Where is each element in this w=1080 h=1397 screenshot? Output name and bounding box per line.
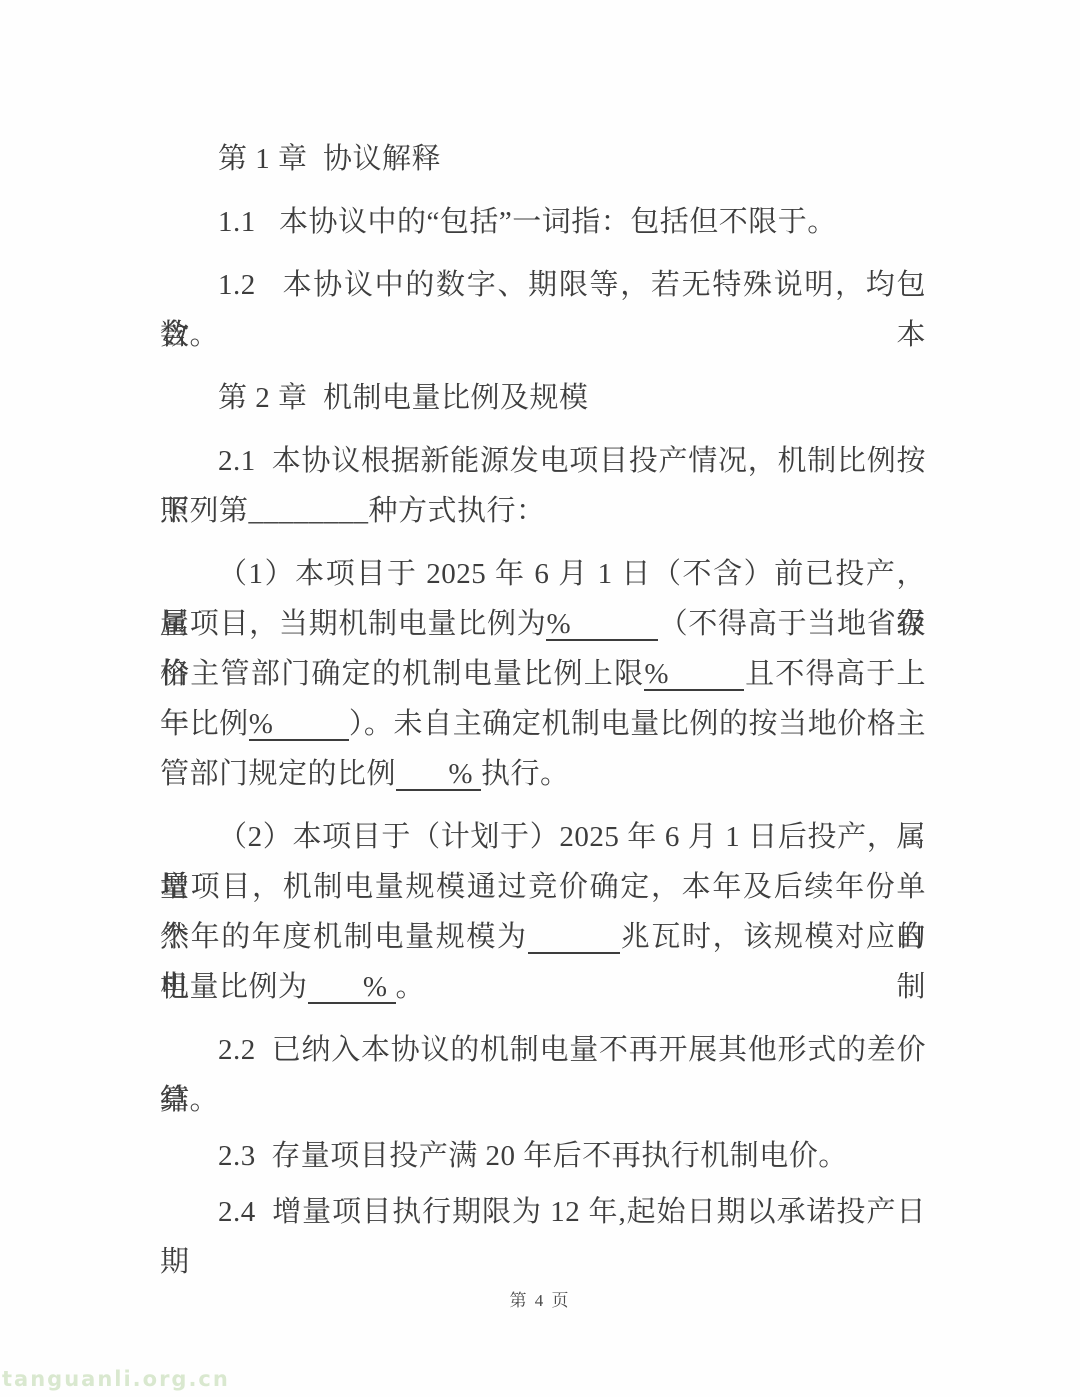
chapter-1-heading: 第 1 章 协议解释 [160,134,926,184]
item-1-line-5: 管部门规定的比例%执行。 [160,749,926,799]
text-segment: 管部门规定的比例 [160,758,396,790]
item-2-line-1: （2）本项目于（计划于）2025 年 6 月 1 日后投产，属增 [160,812,926,862]
document-page: 第 1 章 协议解释 1.1 本协议中的“包括”一词指：包括但不限于。 1.2 … [0,0,1080,1397]
chapter-2-heading: 第 2 章 机制电量比例及规模 [160,373,926,423]
item-2-line-3: 然年的年度机制电量规模为 兆瓦时，该规模对应的机制 [160,912,926,962]
item-1-line-2: 量项目，当期机制电量比例为%（不得高于当地省级价 [160,599,926,649]
text-segment: 2.4 增量项目执行期限为 12 年,起始日期以承诺投产日期 [160,1196,926,1278]
text-segment: 执行。 [481,758,570,790]
clause-2-4-line-1: 2.4 增量项目执行期限为 12 年,起始日期以承诺投产日期 [160,1187,926,1237]
text-segment: 。 [396,971,426,1003]
text-segment: 数。 [160,319,219,351]
clause-1-2-line-1: 1.2 本协议中的数字、期限等，若无特殊说明，均包含本 [160,260,926,310]
item-2-line-2: 量项目，机制电量规模通过竞价确定，本年及后续年份单个自 [160,862,926,912]
text-segment: 算。 [160,1084,219,1116]
text-segment: 1.1 本协议中的“包括”一词指：包括但不限于。 [218,206,837,238]
text-segment: 电量比例为 [160,971,308,1003]
clause-2-1-line-2: 下列第________种方式执行： [160,486,926,536]
fill-in-blank: % [396,759,481,791]
fill-in-blank: % [249,709,349,741]
clause-2-3: 2.3 存量项目投产满 20 年后不再执行机制电价。 [160,1131,926,1181]
document-body: 第 1 章 协议解释 1.1 本协议中的“包括”一词指：包括但不限于。 1.2 … [160,134,926,1237]
item-1-line-3: 格主管部门确定的机制电量比例上限%且不得高于上一 [160,649,926,699]
text-segment: 下列第________种方式执行： [160,495,546,527]
page-number: 第 4 页 [0,1286,1080,1311]
clause-1-1: 1.1 本协议中的“包括”一词指：包括但不限于。 [160,197,926,247]
watermark: tanguanli.org.cn [2,1367,230,1391]
fill-in-blank: % [308,972,396,1004]
clause-2-2-line-2: 算。 [160,1075,926,1125]
text-segment: 第 2 章 机制电量比例及规模 [218,382,589,414]
text-segment: ）。未自主确定机制电量比例的按当地价格主 [349,708,926,740]
item-1-line-4: 年比例%）。未自主确定机制电量比例的按当地价格主 [160,699,926,749]
text-segment: 第 1 章 协议解释 [218,143,441,175]
fill-in-blank [528,922,620,954]
item-1-line-1: （1）本项目于 2025 年 6 月 1 日（不含）前已投产，属存 [160,549,926,599]
text-segment: 1.2 本协议中的数字、期限等，若无特殊说明，均包含本 [160,269,926,351]
clause-2-1-line-1: 2.1 本协议根据新能源发电项目投产情况，机制比例按照 [160,436,926,486]
text-segment: 格主管部门确定的机制电量比例上限 [160,658,644,690]
text-segment: 量项目，当期机制电量比例为 [160,608,546,640]
text-segment: 然年的年度机制电量规模为 [160,921,528,953]
text-segment: 年比例 [160,708,249,740]
clause-2-2-line-1: 2.2 已纳入本协议的机制电量不再开展其他形式的差价结 [160,1025,926,1075]
fill-in-blank: % [644,659,744,691]
fill-in-blank: % [546,609,658,641]
text-segment: 2.3 存量项目投产满 20 年后不再执行机制电价。 [218,1140,848,1172]
